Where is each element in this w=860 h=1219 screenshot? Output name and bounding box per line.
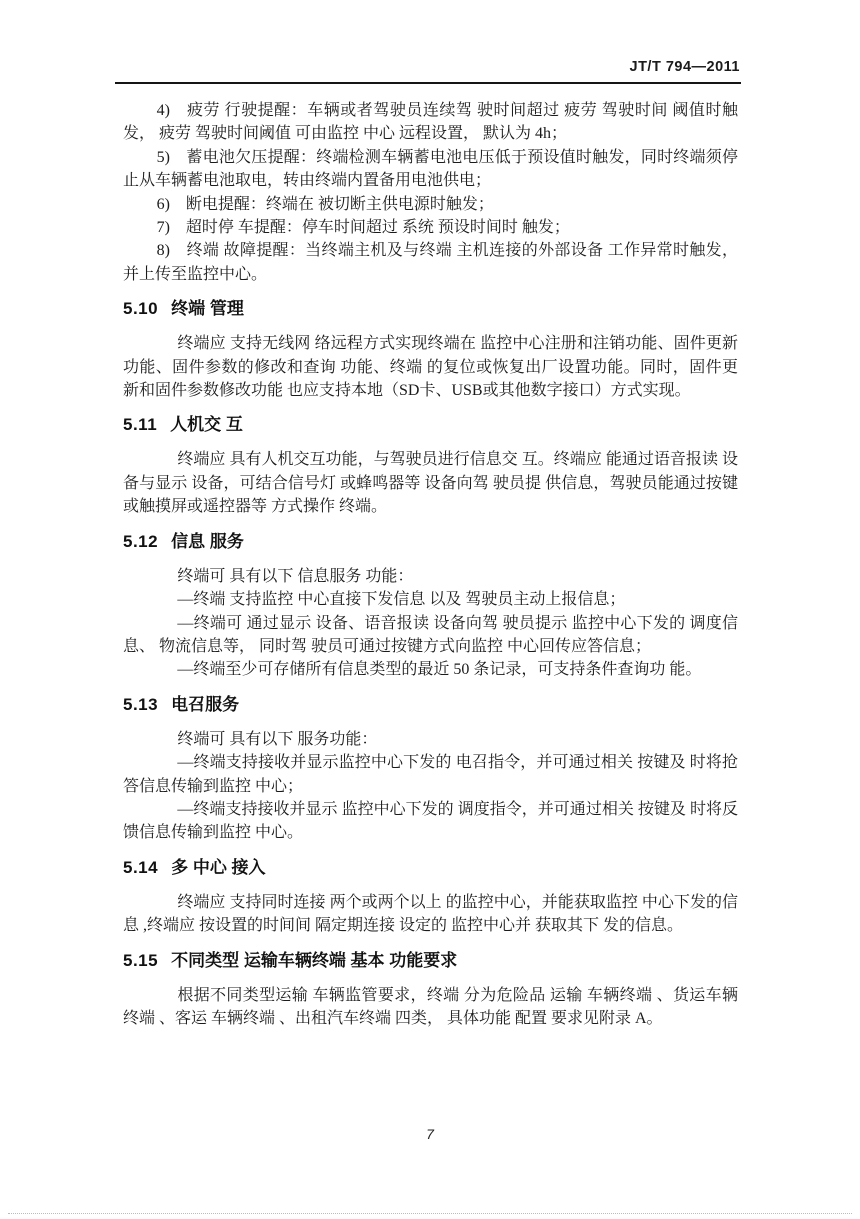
dash-item: —终端支持接收并显示 监控中心下发的 调度指令，并可通过相关 按键及 时将反馈信…: [123, 798, 738, 845]
page-footer: 7: [0, 1126, 860, 1142]
section-number: 5.15: [123, 949, 158, 973]
page-number: 7: [426, 1126, 434, 1142]
header-rule: [115, 82, 741, 84]
section-title: 不同类型 运输车辆终端 基本 功能要求: [171, 951, 457, 970]
list-item-4: 4) 疲劳 行驶提醒：车辆或者驾驶员连续驾 驶时间超过 疲劳 驾驶时间 阈值时触…: [123, 99, 738, 146]
list-item-8: 8) 终端 故障提醒：当终端主机及与终端 主机连接的外部设备 工作异常时触发，并…: [123, 239, 738, 286]
page-header: JT/T 794—2011: [115, 59, 740, 75]
section-title: 信息 服务: [171, 532, 244, 551]
paragraph: 根据不同类型运输 车辆监管要求，终端 分为危险品 运输 车辆终端 、货运车辆终端…: [123, 984, 738, 1031]
paragraph: 终端应 支持同时连接 两个或两个以上 的监控中心，并能获取监控 中心下发的信息 …: [123, 891, 738, 938]
section-heading-5-14: 5.14多 中心 接入: [123, 856, 738, 880]
document-page: JT/T 794—2011 4) 疲劳 行驶提醒：车辆或者驾驶员连续驾 驶时间超…: [0, 0, 860, 1219]
section-number: 5.12: [123, 530, 158, 554]
dash-item: —终端 支持监控 中心直接下发信息 以及 驾驶员主动上报信息；: [123, 588, 738, 611]
section-heading-5-10: 5.10终端 管理: [123, 297, 738, 321]
section-number: 5.13: [123, 693, 158, 717]
dash-item: —终端可 通过显示 设备、语音报读 设备向驾 驶员提示 监控中心下发的 调度信息…: [123, 612, 738, 659]
list-item-7: 7) 超时停 车提醒：停车时间超过 系统 预设时间时 触发；: [123, 216, 738, 239]
section-number: 5.11: [123, 413, 157, 437]
document-content: 4) 疲劳 行驶提醒：车辆或者驾驶员连续驾 驶时间超过 疲劳 驾驶时间 阈值时触…: [123, 99, 738, 1030]
paragraph: 终端应 具有人机交互功能，与驾驶员进行信息交 互。终端应 能通过语音报读 设备与…: [123, 448, 738, 518]
dash-item: —终端支持接收并显示监控中心下发的 电召指令，并可通过相关 按键及 时将抢答信息…: [123, 751, 738, 798]
section-heading-5-11: 5.11人机交 互: [123, 413, 738, 437]
dash-item: —终端至少可存储所有信息类型的最近 50 条记录，可支持条件查询功 能。: [123, 658, 738, 681]
section-heading-5-12: 5.12信息 服务: [123, 530, 738, 554]
section-title: 多 中心 接入: [171, 858, 265, 877]
section-heading-5-15: 5.15不同类型 运输车辆终端 基本 功能要求: [123, 949, 738, 973]
section-number: 5.10: [123, 297, 158, 321]
doc-number: JT/T 794—2011: [630, 59, 741, 75]
section-title: 人机交 互: [170, 415, 243, 434]
list-item-5: 5) 蓄电池欠压提醒：终端检测车辆蓄电池电压低于预设值时触发，同时终端须停止从车…: [123, 146, 738, 193]
paragraph: 终端应 支持无线网 络远程方式实现终端在 监控中心注册和注销功能、固件更新功能、…: [123, 332, 738, 402]
section-number: 5.14: [123, 856, 158, 880]
section-title: 电召服务: [171, 695, 239, 714]
paragraph: 终端可 具有以下 信息服务 功能：: [123, 565, 738, 588]
page-bottom-edge: [8, 1213, 852, 1214]
section-heading-5-13: 5.13电召服务: [123, 693, 738, 717]
section-title: 终端 管理: [171, 299, 244, 318]
list-item-6: 6) 断电提醒：终端在 被切断主供电源时触发；: [123, 193, 738, 216]
paragraph: 终端可 具有以下 服务功能：: [123, 728, 738, 751]
